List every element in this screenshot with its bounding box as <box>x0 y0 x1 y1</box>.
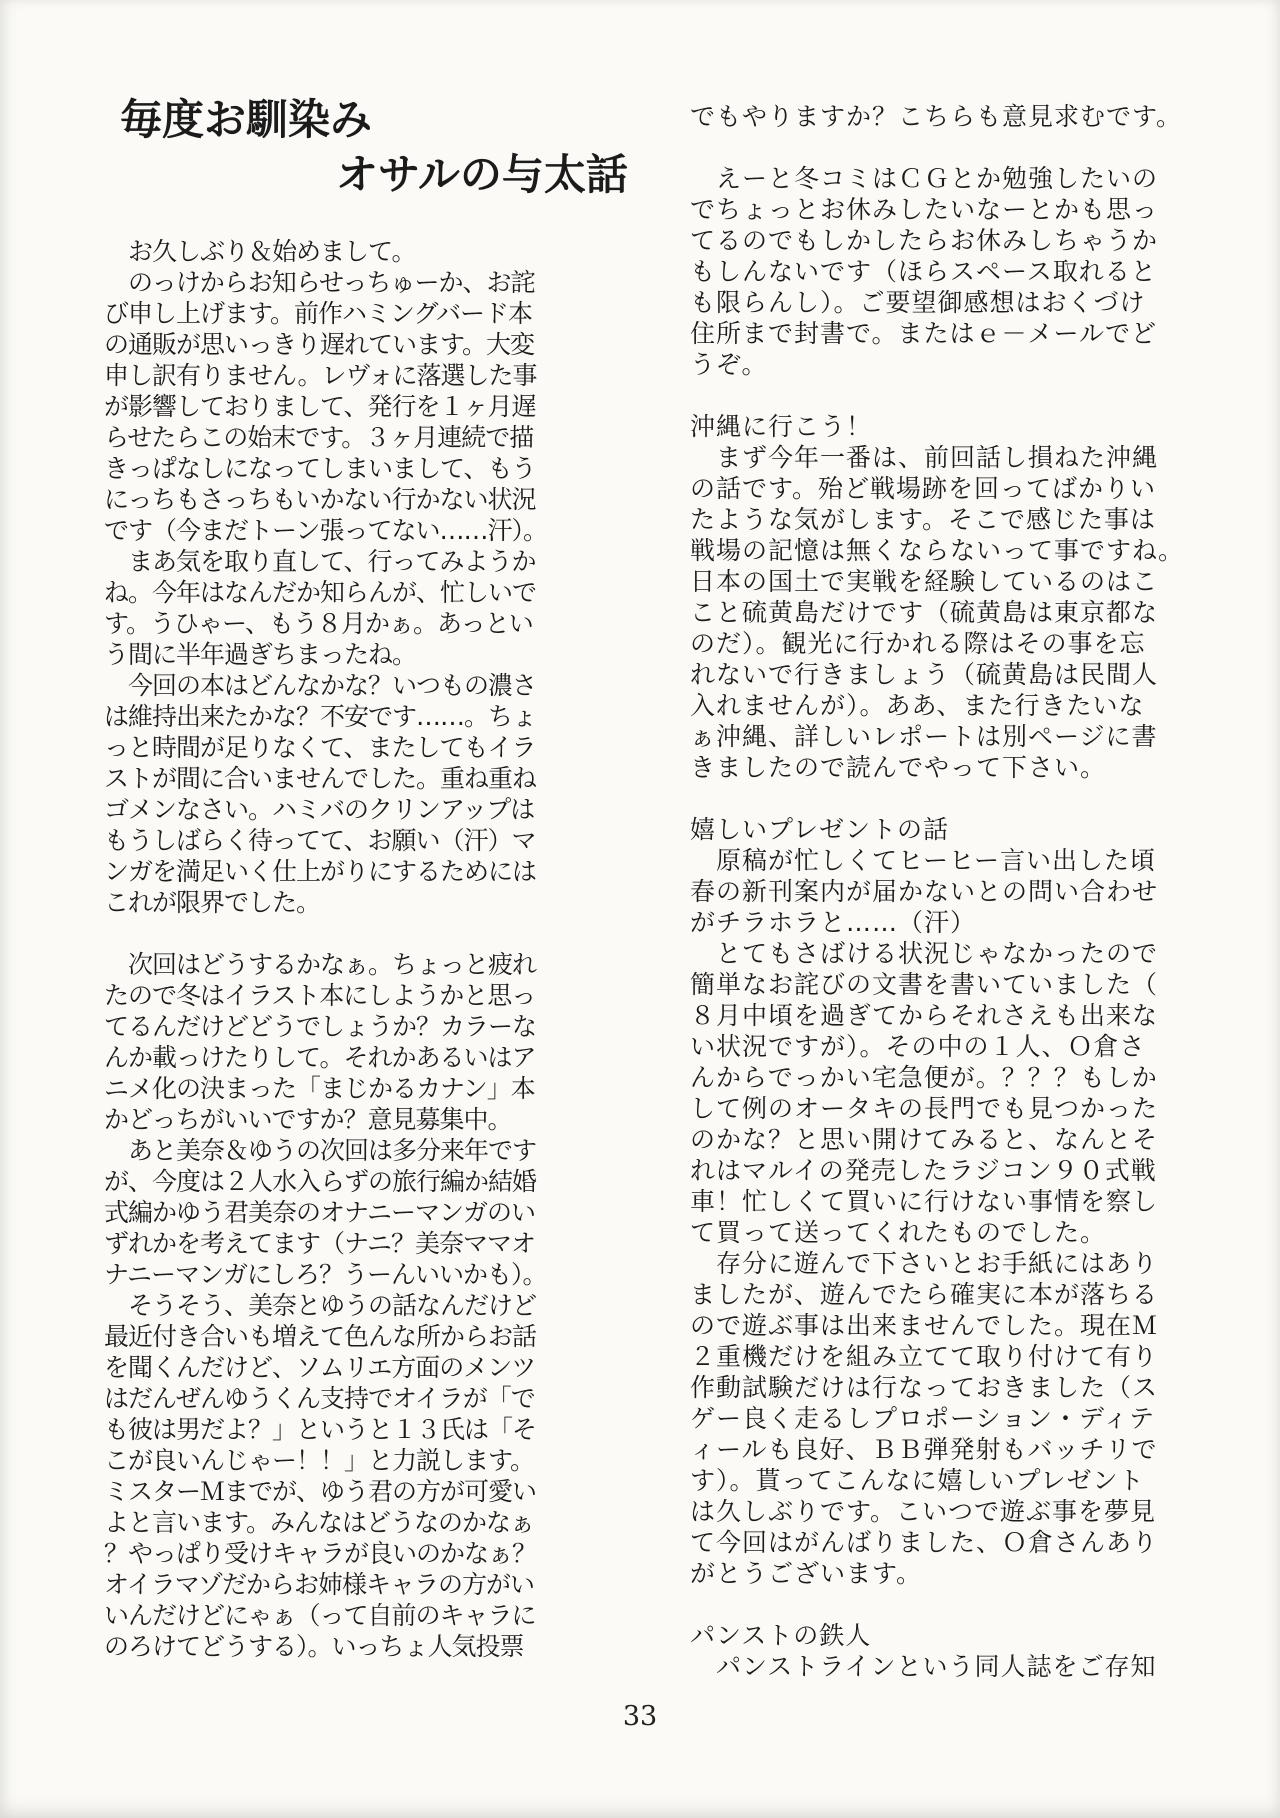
text-line: のだ）。観光に行かれる際はその事を忘 <box>690 628 1200 659</box>
text-line: よと言います。みんなはどうなのかなぁ <box>104 1507 556 1538</box>
text-line: でちょっとお休みしたいなーとかも思っ <box>690 194 1200 225</box>
text-line: のろけてどうする）。いっちょ人気投票 <box>104 1631 556 1662</box>
text-line: 戦場の記憶は無くならないって事ですね。 <box>690 535 1200 566</box>
text-line: きっぱなしになってしまいまして、もう <box>104 453 556 484</box>
text-line: 入れませんが）。ああ、また行きたいな <box>690 690 1200 721</box>
text-line: す）。貰ってこんなに嬉しいプレゼント <box>690 1465 1200 1496</box>
text-line: そうそう、美奈とゆうの話なんだけど <box>104 1290 556 1321</box>
text-line: きましたので読んでやって下さい。 <box>690 752 1200 783</box>
text-line: 簡単なお詫びの文書を書いていました（ <box>690 969 1200 1000</box>
text-line: まず今年一番は、前回話し損ねた沖縄 <box>690 442 1200 473</box>
blank-line <box>690 1589 1200 1620</box>
text-line: てるんだけどどうでしょうか？カラーな <box>104 1011 556 1042</box>
text-line: は久しぶりです。こいつで遊ぶ事を夢見 <box>690 1496 1200 1527</box>
text-line: れはマルイの発売したラジコン９０式戦 <box>690 1155 1200 1186</box>
text-line: 今回の本はどんなかな？いつもの濃さ <box>104 670 556 701</box>
text-line: これが限界でした。 <box>104 887 556 918</box>
text-line: い状況ですが）。その中の１人、Ｏ倉さ <box>690 1031 1200 1062</box>
text-line: がとうございます。 <box>690 1558 1200 1589</box>
text-line: れないで行きましょう（硫黄島は民間人 <box>690 659 1200 690</box>
text-line: まあ気を取り直して、行ってみようか <box>104 546 556 577</box>
text-line: ゲー良く走るしプロポーション・ディテ <box>690 1403 1200 1434</box>
text-line: お久しぶり＆始めまして。 <box>104 236 556 267</box>
text-line: て買って送ってくれたものでした。 <box>690 1217 1200 1248</box>
text-line: 沖縄に行こう！ <box>690 411 1200 442</box>
text-line: のかな？と思い開けてみると、なんとそ <box>690 1124 1200 1155</box>
text-line: たので冬はイラスト本にしようかと思っ <box>104 980 556 1011</box>
blank-line <box>690 132 1200 163</box>
title-line-2: オサルの与太話 <box>336 147 628 202</box>
text-line: う間に半年過ぎちまったね。 <box>104 639 556 670</box>
text-line: も彼は男だよ？」というと１３氏は「そ <box>104 1414 556 1445</box>
blank-line <box>690 380 1200 411</box>
blank-line <box>690 783 1200 814</box>
text-line: ストが間に合いませんでした。重ね重ね <box>104 763 556 794</box>
text-line: えーと冬コミはＣＧとか勉強したいの <box>690 163 1200 194</box>
text-line: ゴメンなさい。ハミバのクリンアップは <box>104 794 556 825</box>
text-line: び申し上げます。前作ハミングバード本 <box>104 298 556 329</box>
text-line: ニメ化の決まった「まじかるカナン」本 <box>104 1073 556 1104</box>
scanned-page: 毎度お馴染み オサルの与太話 お久しぶり＆始めまして。 のっけからお知らせっちゅ… <box>0 0 1280 1818</box>
text-line: 最近付き合いも増えて色んな所からお話 <box>104 1321 556 1352</box>
text-line: も限らんし）。ご要望御感想はおくづけ <box>690 287 1200 318</box>
text-line: して例のオータキの長門でも見つかった <box>690 1093 1200 1124</box>
left-text-column: お久しぶり＆始めまして。 のっけからお知らせっちゅーか、お詫び申し上げます。前作… <box>104 236 556 1662</box>
text-line: 日本の国土で実戦を経験しているのはこ <box>690 566 1200 597</box>
text-line: うぞ。 <box>690 349 1200 380</box>
text-line: もうしばらく待ってて、お願い（汗）マ <box>104 825 556 856</box>
text-line: ？やっぱり受けキャラが良いのかなぁ？ <box>104 1538 556 1569</box>
text-line: ずれかを考えてます（ナニ？美奈ママオ <box>104 1228 556 1259</box>
text-line: らせたらこの始末です。３ヶ月連続で描 <box>104 422 556 453</box>
text-line: 申し訳有りません。レヴォに落選した事 <box>104 360 556 391</box>
text-line: ましたが、遊んでたら確実に本が落ちる <box>690 1279 1200 1310</box>
text-line: いんだけどにゃぁ（って自前のキャラに <box>104 1600 556 1631</box>
text-line: を聞くんだけど、ソムリエ方面のメンツ <box>104 1352 556 1383</box>
right-text-column: でもやりますか？こちらも意見求むです。 えーと冬コミはＣＧとか勉強したいのでちょ… <box>690 101 1200 1682</box>
text-line: が、今度は２人水入らずの旅行編か結婚 <box>104 1166 556 1197</box>
text-line: もしんないです（ほらスペース取れると <box>690 256 1200 287</box>
text-line: ２重機だけを組み立てて取り付けて有り <box>690 1341 1200 1372</box>
text-line: んからでっかい宅急便が。？？？もしか <box>690 1062 1200 1093</box>
text-line: あと美奈＆ゆうの次回は多分来年です <box>104 1135 556 1166</box>
page-number: 33 <box>0 1701 1280 1732</box>
text-line: が影響しておりまして、発行を１ヶ月遅 <box>104 391 556 422</box>
text-line: ８月中頃を過ぎてからそれさえも出来な <box>690 1000 1200 1031</box>
text-line: ナニーマンガにしろ？うーんいいかも）。 <box>104 1259 556 1290</box>
text-line: です（今まだトーン張ってない……汗）。 <box>104 515 556 546</box>
text-line: ので遊ぶ事は出来ませんでした。現在Ｍ <box>690 1310 1200 1341</box>
text-line: す。うひゃー、もう８月かぁ。あっとい <box>104 608 556 639</box>
text-line: かどっちがいいですか？意見募集中。 <box>104 1104 556 1135</box>
text-line: たような気がします。そこで感じた事は <box>690 504 1200 535</box>
text-line: 存分に遊んで下さいとお手紙にはあり <box>690 1248 1200 1279</box>
text-line: は維持出来たかな？不安です……。ちょ <box>104 701 556 732</box>
text-line: パンストラインという同人誌をご存知 <box>690 1651 1200 1682</box>
title-line-1: 毎度お馴染み <box>120 92 628 147</box>
text-line: 式編かゆう君美奈のオナニーマンガのい <box>104 1197 556 1228</box>
text-line: 車！忙しくて買いに行けない事情を察し <box>690 1186 1200 1217</box>
text-line: とてもさばける状況じゃなかったので <box>690 938 1200 969</box>
text-line: こと硫黄島だけです（硫黄島は東京都な <box>690 597 1200 628</box>
text-line: んか載っけたりして。それかあるいはア <box>104 1042 556 1073</box>
page-title: 毎度お馴染み オサルの与太話 <box>120 92 628 202</box>
text-line: にっちもさっちもいかない行かない状況 <box>104 484 556 515</box>
text-line: 春の新刊案内が届かないとの問い合わせ <box>690 876 1200 907</box>
text-line: パンストの鉄人 <box>690 1620 1200 1651</box>
blank-line <box>104 918 556 949</box>
text-line: の話です。殆ど戦場跡を回ってばかりい <box>690 473 1200 504</box>
text-line: 次回はどうするかなぁ。ちょっと疲れ <box>104 949 556 980</box>
text-line: っと時間が足りなくて、またしてもイラ <box>104 732 556 763</box>
text-line: 原稿が忙しくてヒーヒー言い出した頃 <box>690 845 1200 876</box>
text-line: てるのでもしかしたらお休みしちゃうか <box>690 225 1200 256</box>
text-line: ミスターＭまでが、ゆう君の方が可愛い <box>104 1476 556 1507</box>
text-line: 嬉しいプレゼントの話 <box>690 814 1200 845</box>
text-line: でもやりますか？こちらも意見求むです。 <box>690 101 1200 132</box>
text-line: 住所まで封書で。またはｅ－メールでど <box>690 318 1200 349</box>
text-line: がチラホラと……（汗） <box>690 907 1200 938</box>
text-line: ぁ沖縄、詳しいレポートは別ページに書 <box>690 721 1200 752</box>
text-line: こが良いんじゃー！！」と力説します。 <box>104 1445 556 1476</box>
text-line: て今回はがんばりました、Ｏ倉さんあり <box>690 1527 1200 1558</box>
text-line: のっけからお知らせっちゅーか、お詫 <box>104 267 556 298</box>
text-line: 作動試験だけは行なっておきました（ス <box>690 1372 1200 1403</box>
text-line: の通販が思いっきり遅れています。大変 <box>104 329 556 360</box>
text-line: はだんぜんゆうくん支持でオイラが「で <box>104 1383 556 1414</box>
text-line: ィールも良好、ＢＢ弾発射もバッチリで <box>690 1434 1200 1465</box>
text-line: ね。今年はなんだか知らんが、忙しいで <box>104 577 556 608</box>
text-line: ンガを満足いく仕上がりにするためには <box>104 856 556 887</box>
text-line: オイラマゾだからお姉様キャラの方がい <box>104 1569 556 1600</box>
